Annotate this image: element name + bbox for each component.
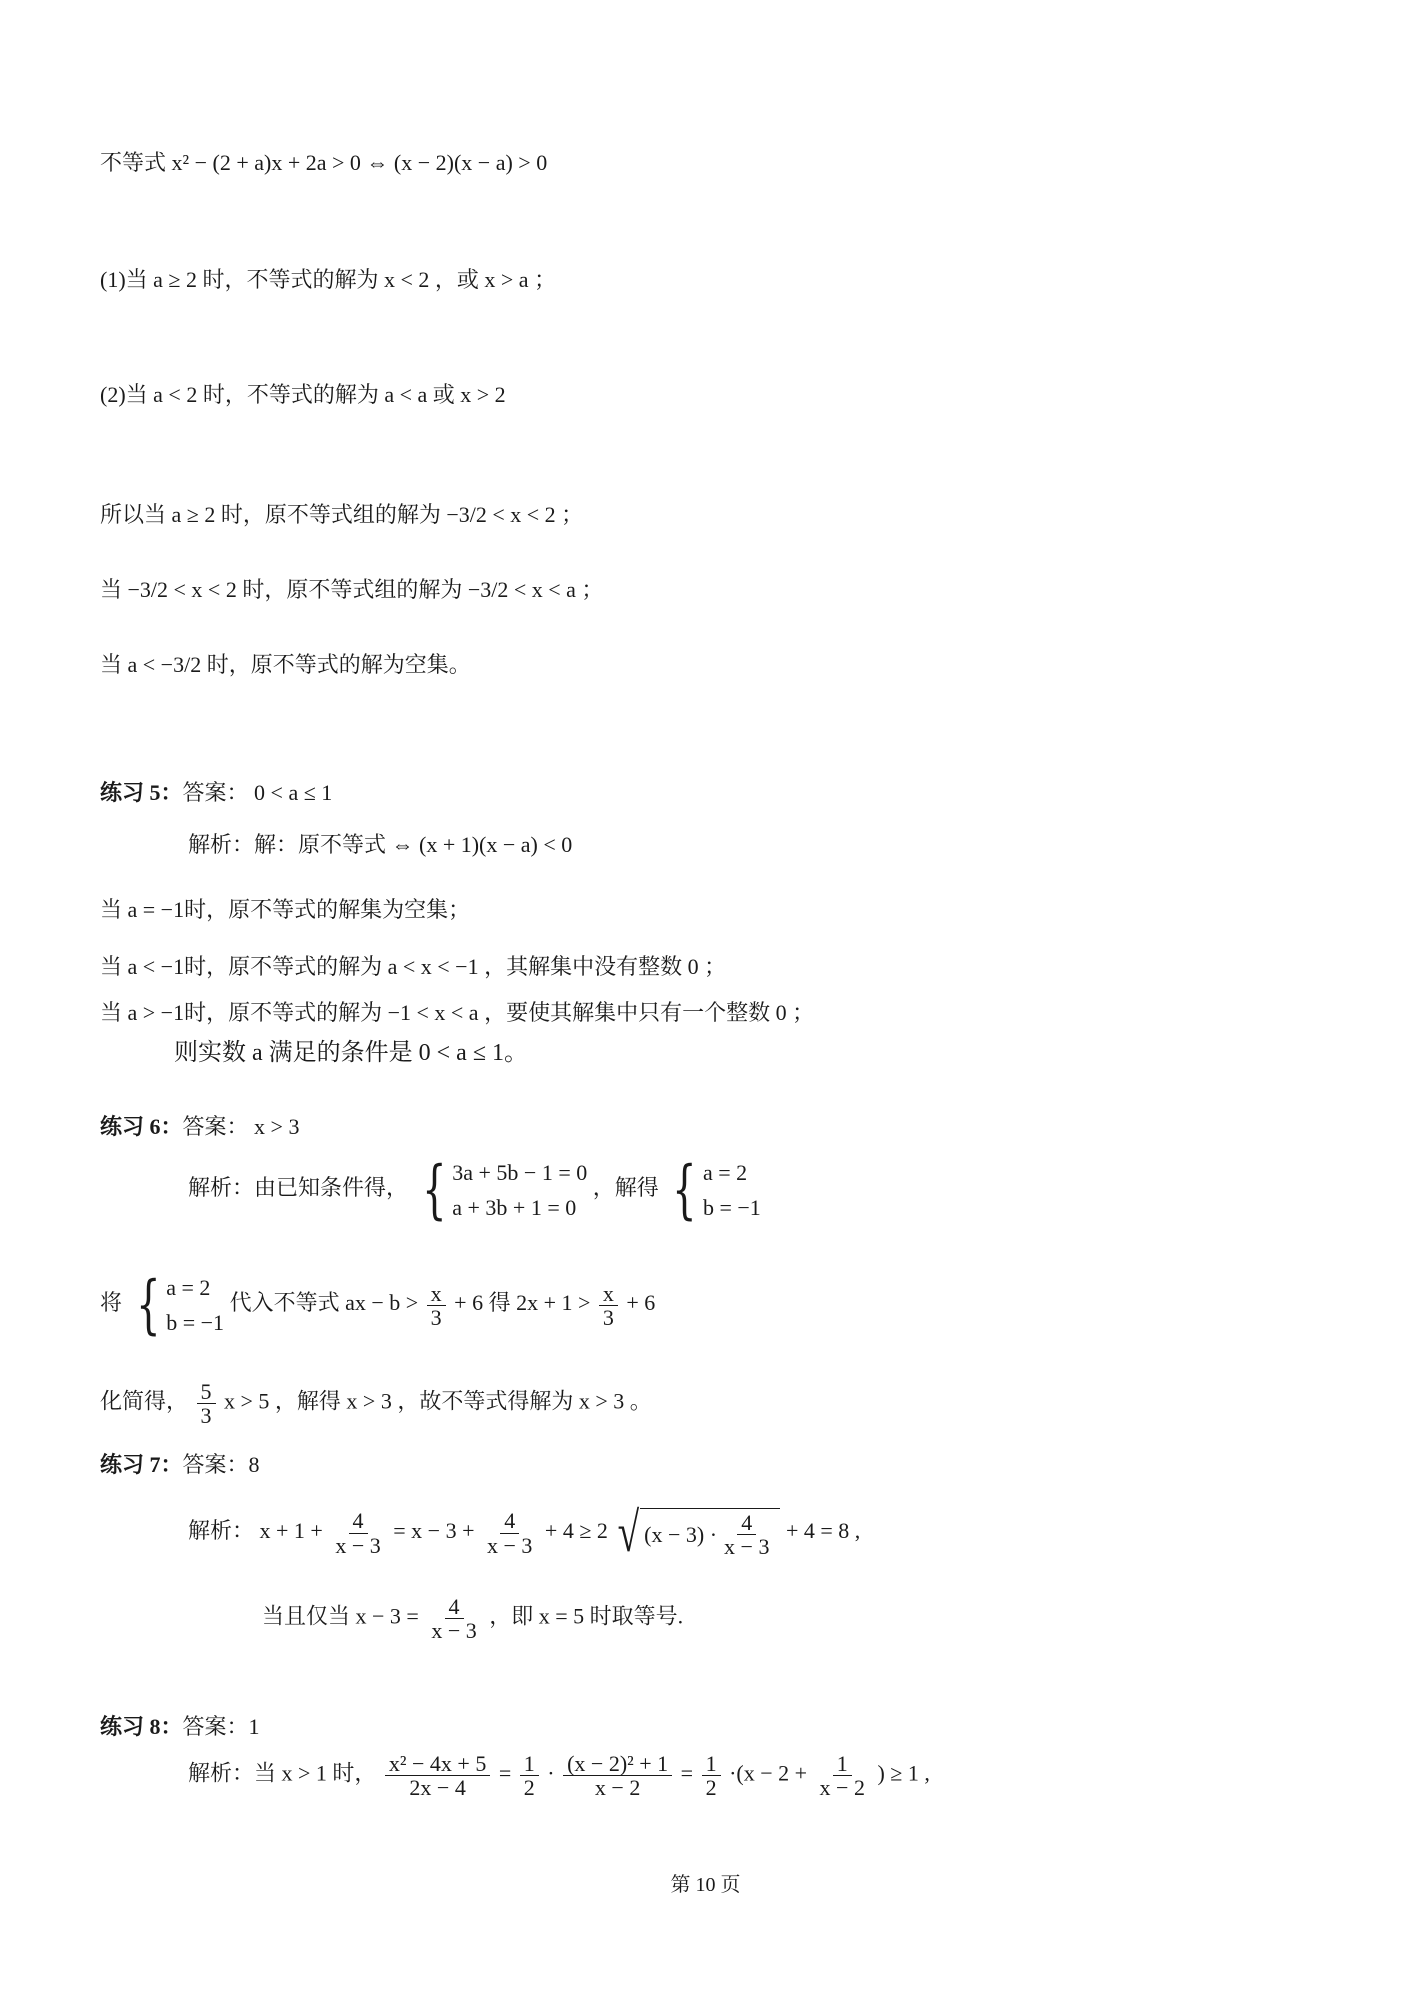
exercise-8-answer: 1 <box>249 1714 260 1739</box>
equation-row: 3a + 5b − 1 = 0 <box>452 1155 587 1190</box>
expr-part: x + 1 + <box>260 1518 323 1543</box>
exercise-6-answer: x > 3 <box>254 1114 299 1139</box>
equals: = <box>499 1761 511 1786</box>
denominator: x − 2 <box>816 1776 869 1799</box>
exercise-5-case-3: 当 a > −1时，原不等式的解为 −1 < x < a ，要使其解集中只有一个… <box>100 998 814 1028</box>
denominator: 2 <box>702 1776 721 1799</box>
case-text: 当 a < −1时，原不等式的解为 a < x < −1 ，其解集中没有整数 0… <box>100 954 726 979</box>
dot: · <box>547 1761 554 1786</box>
fraction-x-over-3: x 3 <box>427 1282 446 1329</box>
exercise-7-label: 练习 7： <box>100 1452 183 1477</box>
case-1: (1)当 a ≥ 2 时，不等式的解为 x < 2 ，或 x > a ； <box>100 265 556 295</box>
equation-system-1: { 3a + 5b − 1 = 0 a + 3b + 1 = 0 <box>414 1155 588 1225</box>
numerator: x² − 4x + 5 <box>385 1752 490 1776</box>
case-2: (2)当 a < 2 时，不等式的解为 a < a 或 x > 2 <box>100 380 506 410</box>
expr-part: + 4 = 8 , <box>786 1518 860 1543</box>
equation-system-2: { a = 2 b = −1 <box>664 1155 761 1225</box>
analysis-prefix: 解析： <box>188 1518 254 1543</box>
fraction-4-over-x-3: 4 x − 3 <box>720 1511 773 1558</box>
denominator: x − 3 <box>720 1535 773 1558</box>
radicand-part: (x − 3) · <box>644 1524 717 1546</box>
numerator: 4 <box>445 1595 464 1619</box>
paren-expr: (x − 2 + <box>736 1761 807 1786</box>
equation-row: a = 2 <box>703 1155 761 1190</box>
equation-row: a + 3b + 1 = 0 <box>452 1190 587 1225</box>
conclusion-1: 所以当 a ≥ 2 时，原不等式组的解为 −3/2 < x < 2 ； <box>100 500 583 530</box>
fraction-half: 1 2 <box>702 1752 721 1799</box>
fraction-1-over-x-2: 1 x − 2 <box>816 1752 869 1799</box>
conclusion-text: 则实数 a 满足的条件是 0 < a ≤ 1。 <box>174 1040 528 1066</box>
exercise-7-equality: 当且仅当 x − 3 = 4 x − 3 ，即 x = 5 时取等号. <box>262 1595 683 1642</box>
exercise-5-case-1: 当 a = −1时，原不等式的解集为空集； <box>100 895 470 925</box>
denominator: x − 2 <box>591 1776 644 1799</box>
tail-expr: ) ≥ 1 , <box>877 1761 929 1786</box>
equation-row: b = −1 <box>703 1190 761 1225</box>
denominator: 3 <box>197 1404 216 1427</box>
eq-suffix: ，即 x = 5 时取等号. <box>489 1604 683 1629</box>
eq-prefix: 当且仅当 x − 3 = <box>262 1604 419 1629</box>
conclusion-2: 当 −3/2 < x < 2 时，原不等式组的解为 −3/2 < x < a ； <box>100 575 603 605</box>
analysis-text: 解析：由已知条件得， <box>188 1175 408 1200</box>
denominator: x − 3 <box>331 1534 384 1557</box>
numerator: 4 <box>349 1509 368 1533</box>
fraction-quadratic: x² − 4x + 5 2x − 4 <box>385 1752 490 1799</box>
exercise-7-answer: 8 <box>249 1452 260 1477</box>
denominator: x − 3 <box>427 1619 480 1642</box>
exercise-8-label: 练习 8： <box>100 1714 183 1739</box>
left-brace-icon: { <box>422 1158 446 1222</box>
equation-system-3: { a = 2 b = −1 <box>128 1270 225 1340</box>
case-text: 当 a > −1时，原不等式的解为 −1 < x < a ，要使其解集中只有一个… <box>100 1000 814 1025</box>
intro-text: 不等式 x² − (2 + a)x + 2a > 0 ⇔ (x − 2)(x −… <box>100 150 547 175</box>
analysis-prefix: 解析：当 x > 1 时， <box>188 1761 376 1786</box>
exercise-5-label: 练习 5： <box>100 780 183 805</box>
fraction-4-over-x-3: 4 x − 3 <box>427 1595 480 1642</box>
expr-part: + 4 ≥ 2 <box>545 1518 608 1543</box>
numerator: 1 <box>833 1752 852 1776</box>
answer-label: 答案： <box>183 780 249 805</box>
fraction-4-over-x-3: 4 x − 3 <box>483 1509 536 1556</box>
answer-label: 答案： <box>183 1114 249 1139</box>
denominator: x − 3 <box>483 1534 536 1557</box>
fraction-5-over-3: 5 3 <box>197 1380 216 1427</box>
case-2-text: (2)当 a < 2 时，不等式的解为 a < a 或 x > 2 <box>100 382 506 407</box>
intro-inequality: 不等式 x² − (2 + a)x + 2a > 0 ⇔ (x − 2)(x −… <box>100 148 547 178</box>
exercise-6-simplify: 化简得， 5 3 x > 5 ，解得 x > 3 ，故不等式得解为 x > 3 … <box>100 1380 652 1427</box>
exercise-5-analysis: 解析：解：原不等式 ⇔ (x + 1)(x − a) < 0 <box>188 830 572 860</box>
numerator: x <box>599 1282 618 1306</box>
radical-icon: √ <box>618 1505 640 1561</box>
numerator: 4 <box>500 1509 519 1533</box>
conclusion-3-text: 当 a < −3/2 时，原不等式的解为空集。 <box>100 652 471 677</box>
equals: = <box>681 1761 693 1786</box>
denominator: 2 <box>520 1776 539 1799</box>
sub-mid: + 6 得 2x + 1 > <box>454 1290 590 1315</box>
exercise-7-header: 练习 7：答案：8 <box>100 1450 260 1480</box>
sub-end: + 6 <box>626 1290 655 1315</box>
exercise-5-answer: 0 < a ≤ 1 <box>254 780 332 805</box>
fraction-x-over-3: x 3 <box>599 1282 618 1329</box>
left-brace-icon: { <box>672 1158 696 1222</box>
answer-label: 答案： <box>183 1452 249 1477</box>
numerator: 5 <box>197 1380 216 1404</box>
exercise-5-conclusion: 则实数 a 满足的条件是 0 < a ≤ 1。 <box>174 1038 528 1068</box>
sub-text: 代入不等式 ax − b > <box>230 1290 419 1315</box>
conclusion-2-text: 当 −3/2 < x < 2 时，原不等式组的解为 −3/2 < x < a ； <box>100 577 603 602</box>
fraction-square: (x − 2)² + 1 x − 2 <box>563 1752 672 1799</box>
numerator: 1 <box>702 1752 721 1776</box>
exercise-6-header: 练习 6：答案： x > 3 <box>100 1112 299 1142</box>
exercise-6-label: 练习 6： <box>100 1114 183 1139</box>
sub-prefix: 将 <box>100 1290 122 1315</box>
expr-part: = x − 3 + <box>393 1518 474 1543</box>
exercise-8-analysis: 解析：当 x > 1 时， x² − 4x + 5 2x − 4 = 1 2 ·… <box>188 1752 930 1799</box>
fraction-4-over-x-3: 4 x − 3 <box>331 1509 384 1556</box>
numerator: x <box>427 1282 446 1306</box>
numerator: 1 <box>520 1752 539 1776</box>
denominator: 2x − 4 <box>405 1776 469 1799</box>
answer-label: 答案： <box>183 1714 249 1739</box>
exercise-6-analysis: 解析：由已知条件得， { 3a + 5b − 1 = 0 a + 3b + 1 … <box>188 1155 761 1225</box>
equation-row: a = 2 <box>166 1270 224 1305</box>
exercise-8-header: 练习 8：答案：1 <box>100 1712 260 1742</box>
case-text: 当 a = −1时，原不等式的解集为空集； <box>100 897 470 922</box>
exercise-5-case-2: 当 a < −1时，原不等式的解为 a < x < −1 ，其解集中没有整数 0… <box>100 952 726 982</box>
conclusion-1-text: 所以当 a ≥ 2 时，原不等式组的解为 −3/2 < x < 2 ； <box>100 502 583 527</box>
conclusion-3: 当 a < −3/2 时，原不等式的解为空集。 <box>100 650 471 680</box>
left-brace-icon: { <box>136 1273 160 1337</box>
exercise-5-header: 练习 5：答案： 0 < a ≤ 1 <box>100 778 332 808</box>
denominator: 3 <box>427 1306 446 1329</box>
fraction-half: 1 2 <box>520 1752 539 1799</box>
solve-text: ，解得 <box>593 1175 659 1200</box>
numerator: (x − 2)² + 1 <box>563 1752 672 1776</box>
numerator: 4 <box>737 1511 756 1535</box>
square-root: √ (x − 3) · 4 x − 3 <box>613 1505 780 1561</box>
analysis-text: 解析：解：原不等式 ⇔ (x + 1)(x − a) < 0 <box>188 832 572 857</box>
page-number: 第 10 页 <box>0 1868 1411 1897</box>
exercise-6-substitution: 将 { a = 2 b = −1 代入不等式 ax − b > x 3 + 6 … <box>100 1270 655 1340</box>
simplify-prefix: 化简得， <box>100 1389 188 1414</box>
exercise-7-analysis: 解析： x + 1 + 4 x − 3 = x − 3 + 4 x − 3 + … <box>188 1505 860 1561</box>
simplify-text: x > 5 ，解得 x > 3 ，故不等式得解为 x > 3 。 <box>224 1389 652 1414</box>
case-1-text: (1)当 a ≥ 2 时，不等式的解为 x < 2 ，或 x > a ； <box>100 267 556 292</box>
equation-row: b = −1 <box>166 1305 224 1340</box>
denominator: 3 <box>599 1306 618 1329</box>
